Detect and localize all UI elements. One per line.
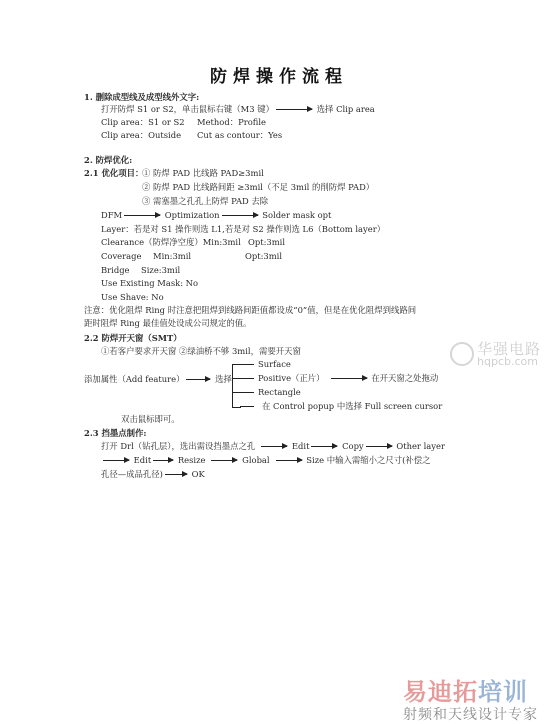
section1-line1-left: 打开防焊 S1 or S2，单击鼠标右键（M3 键） xyxy=(101,104,274,114)
section23-line3: 孔径—成品孔径) OK xyxy=(101,469,205,480)
solder-mask-opt-step: Solder mask opt xyxy=(262,210,331,220)
edu-blue-text: 培训 xyxy=(478,678,528,706)
clearance-min: Clearance（防焊净空度）Min:3mil xyxy=(101,237,241,248)
bracket-branch xyxy=(240,364,254,365)
options-bracket xyxy=(232,364,241,408)
arrow-icon xyxy=(331,378,367,379)
arrow-icon xyxy=(261,446,287,447)
note-line-2: 距时阻焊 Ring 最佳值处设成公司规定的值。 xyxy=(84,318,251,329)
arrow-icon xyxy=(153,460,173,461)
open-drl-text: 打开 Drl（钻孔层），选出需设挡墨点之孔 xyxy=(101,441,255,451)
global-step: Global xyxy=(242,455,269,465)
select-label: 选择 xyxy=(215,374,232,384)
document-title: 防焊操作流程 xyxy=(0,62,558,87)
optimization-step: Optimization xyxy=(165,210,220,220)
arrow-icon xyxy=(276,460,302,461)
clip-area-outside: Clip area：Outside xyxy=(101,130,181,141)
arrow-icon xyxy=(124,215,160,216)
section22-conditions: ①若客户要求开天窗 ②绿油桥不够 3mil，需要开天窗 xyxy=(101,346,301,357)
arrow-icon xyxy=(311,446,337,447)
arrow-icon xyxy=(186,379,210,380)
coverage-opt: Opt:3mil xyxy=(245,251,282,262)
section22-heading: 2.2 防焊开天窗（SMT） xyxy=(84,333,182,344)
edit-step: Edit xyxy=(292,441,310,451)
resize-step: Resize xyxy=(178,455,206,465)
coverage-label: Coverage xyxy=(101,251,141,262)
edu-watermark: 易迪拓培训 射频和天线设计专家 xyxy=(403,672,528,707)
arrow-icon xyxy=(211,460,237,461)
copy-step: Copy xyxy=(342,441,364,451)
arrow-icon xyxy=(165,474,187,475)
option-positive: Positive（正片） xyxy=(258,373,325,383)
cut-as-contour: Cut as contour：Yes xyxy=(197,130,282,141)
bridge-size: Size:3mil xyxy=(141,265,180,276)
section23-heading: 2.3 挡墨点制作: xyxy=(84,428,146,439)
option-rectangle: Rectangle xyxy=(258,387,301,398)
add-feature-label: 添加属性（Add feature） xyxy=(84,374,184,384)
dfm-flow: DFM Optimization Solder mask opt xyxy=(101,210,331,221)
layer-line: Layer：若是对 S1 操作则选 L1,若是对 S2 操作则选 L6（Bott… xyxy=(101,224,385,235)
option-positive-row: Positive（正片） 在开天窗之处拖动 xyxy=(258,373,438,384)
optimization-item-1: ① 防焊 PAD 比线路 PAD≥3mil xyxy=(142,168,264,179)
add-feature-flow: 添加属性（Add feature） 选择 xyxy=(84,374,232,385)
method-profile: Method：Profile xyxy=(197,117,266,128)
edit-step-2: Edit xyxy=(134,455,152,465)
bracket-branch xyxy=(240,406,254,407)
section1-line1-right: 选择 Clip area xyxy=(317,104,375,114)
hqpcb-logo-icon xyxy=(450,342,474,366)
optimization-item-2: ② 防焊 PAD 比线路间距 ≥3mil（不足 3mil 的削防焊 PAD） xyxy=(142,182,374,193)
coverage-min: Min:3mil xyxy=(153,251,191,262)
clearance-opt: Opt:3mil xyxy=(248,237,285,248)
section1-heading: 1. 删除成型线及成型线外文字: xyxy=(84,92,199,103)
hole-diameter-text: 孔径—成品孔径) xyxy=(101,469,163,479)
use-shave: Use Shave: No xyxy=(101,292,164,303)
section23-line2: Edit Resize Global Size 中输入需缩小之尺寸(补偿之 xyxy=(101,455,431,466)
arrow-icon xyxy=(103,460,129,461)
arrow-icon xyxy=(366,446,392,447)
drag-instruction: 在开天窗之处拖动 xyxy=(371,373,438,383)
arrow-icon xyxy=(222,215,258,216)
edu-red-text: 易迪拓 xyxy=(403,678,478,706)
section21-label: 2.1 优化项目： xyxy=(84,168,143,179)
section1-line1: 打开防焊 S1 or S2，单击鼠标右键（M3 键） 选择 Clip area xyxy=(101,104,375,115)
arrow-icon xyxy=(276,109,312,110)
use-existing-mask: Use Existing Mask: No xyxy=(101,278,198,289)
ok-step: OK xyxy=(192,469,205,479)
bracket-branch xyxy=(232,378,254,379)
other-layer-step: Other layer xyxy=(396,441,445,451)
hqpcb-en: hqpcb.com xyxy=(477,355,538,368)
double-click-note: 双击鼠标即可。 xyxy=(121,414,180,425)
option-control-popup: 在 Control popup 中选择 Full screen cursor xyxy=(262,401,442,412)
optimization-item-3: ③ 需塞墨之孔孔上防焊 PAD 去除 xyxy=(142,196,268,207)
size-input-text: Size 中输入需缩小之尺寸(补偿之 xyxy=(306,455,430,465)
option-surface: Surface xyxy=(258,359,291,370)
clip-area-s1s2: Clip area：S1 or S2 xyxy=(101,117,185,128)
edu-tagline: 射频和天线设计专家 xyxy=(403,704,538,724)
section23-line1: 打开 Drl（钻孔层），选出需设挡墨点之孔 Edit Copy Other la… xyxy=(101,441,445,452)
bridge-label: Bridge xyxy=(101,265,130,276)
note-line-1: 注意：优化阻焊 Ring 时注意把阻焊到线路间距值都设成“0”值，但是在优化阻焊… xyxy=(84,305,416,316)
dfm-step: DFM xyxy=(101,210,122,220)
section2-heading: 2. 防焊优化: xyxy=(84,155,132,166)
bracket-branch xyxy=(232,392,254,393)
